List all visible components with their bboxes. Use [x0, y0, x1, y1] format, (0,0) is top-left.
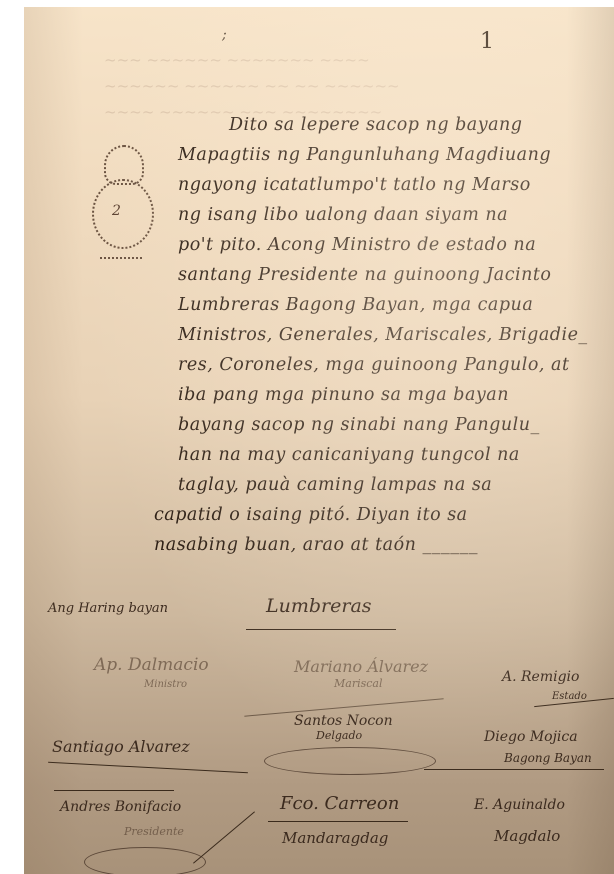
body-line: iba pang mga pinuno sa mga bayan [178, 385, 509, 405]
body-line: taglay, pauà caming lampas na sa [178, 475, 492, 495]
signature: Santiago Alvarez [52, 737, 190, 756]
signature-title: Magdalo [494, 827, 560, 845]
flourish-line [48, 762, 248, 773]
body-line: ngayong icatatlumpo't tatlo ng Marso [178, 175, 531, 195]
corner-mark: ; [222, 27, 227, 43]
flourish-line [54, 790, 174, 791]
body-line: capatid o isaing pitó. Diyan ito sa [154, 505, 468, 525]
signature: Ap. Dalmacio [94, 655, 209, 675]
body-line: res, Coroneles, mga guinoong Pangulo, at [178, 355, 569, 375]
seal-number: 2 [112, 203, 121, 219]
body-line: Ministros, Generales, Mariscales, Brigad… [178, 325, 588, 345]
signature-title: Delgado [316, 729, 362, 742]
seal-stamp-icon: 2 [82, 145, 162, 265]
body-line: santang Presidente na guinoong Jacinto [178, 265, 551, 285]
signature: Diego Mojica [484, 729, 578, 745]
bleed-through-text: ~~~ ~~~~~~ ~~~~~~~ ~~~~~~~~~~ ~~~~~~ ~~ … [104, 47, 444, 125]
signature: Fco. Carreon [280, 793, 399, 814]
signature: Andres Bonifacio [60, 799, 181, 815]
signature: E. Aguinaldo [474, 797, 565, 813]
flourish-line [268, 821, 408, 822]
body-line: ng isang libo ualong daan siyam na [178, 205, 508, 225]
body-line: Dito sa lepere sacop ng bayang [229, 115, 523, 135]
signature-title: Mandaragdag [282, 829, 388, 847]
body-line: bayang sacop ng sinabi nang Pangulu_ [178, 415, 540, 435]
signature: A. Remigio [502, 669, 579, 685]
flourish-line [424, 769, 604, 770]
body-line: Lumbreras Bagong Bayan, mga capua [178, 295, 533, 315]
body-line: nasabing buan, arao at taón ______ [154, 535, 478, 555]
page-number: 1 [480, 29, 495, 54]
signature-title: Mariscal [334, 677, 382, 690]
signature-title: Bagong Bayan [504, 751, 592, 765]
flourish [84, 847, 206, 874]
signature: Santos Nocon [294, 713, 393, 729]
flourish [264, 747, 436, 775]
signature-line-label: Ang Haring bayan [48, 601, 168, 616]
signature: Mariano Álvarez [294, 657, 428, 676]
body-line: po't pito. Acong Ministro de estado na [178, 235, 536, 255]
signature-main: Lumbreras [266, 595, 372, 617]
signature-title: Ministro [144, 679, 187, 690]
signature-title: Presidente [124, 825, 184, 838]
document-page: ~~~ ~~~~~~ ~~~~~~~ ~~~~~~~~~~ ~~~~~~ ~~ … [24, 7, 614, 874]
signature-underline [246, 629, 396, 630]
flourish-line [193, 811, 255, 863]
body-line: han na may canicaniyang tungcol na [178, 445, 520, 465]
body-line: Mapagtiis ng Pangunluhang Magdiuang [178, 145, 551, 165]
